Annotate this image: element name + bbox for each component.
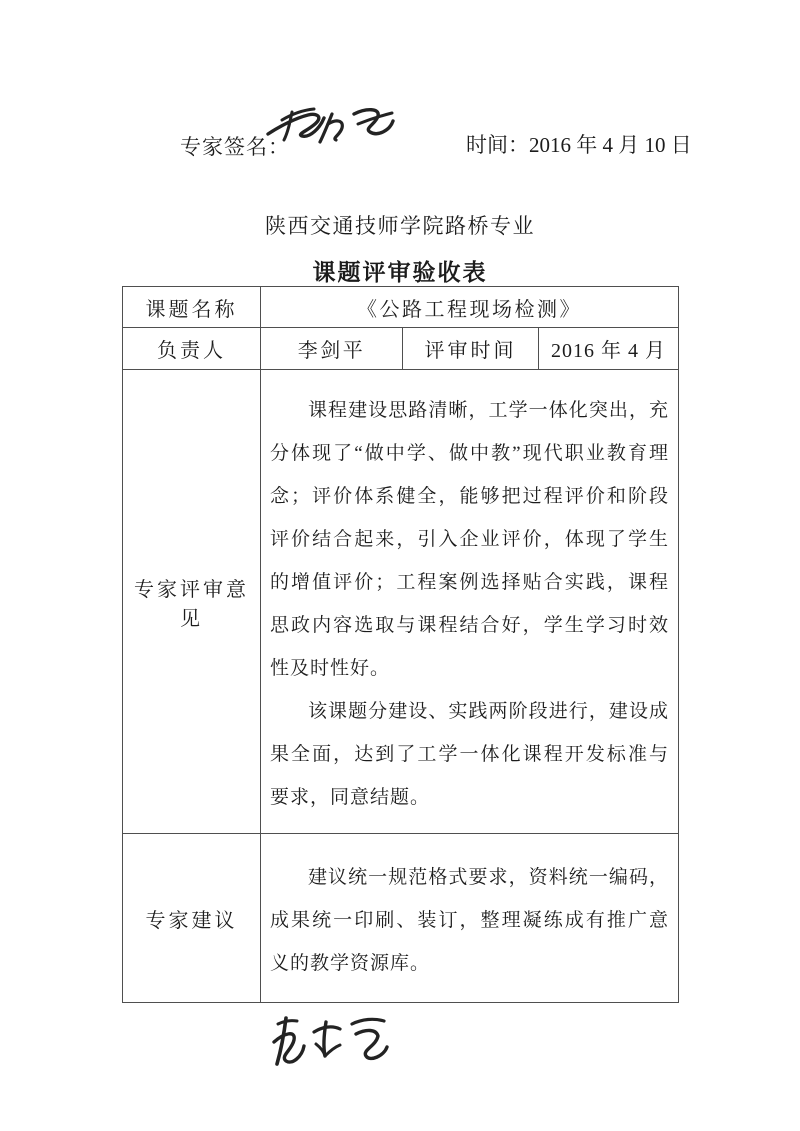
expert-opinion-content: 课程建设思路清晰，工学一体化突出，充分体现了“做中学、做中教”现代职业教育理念；… [261,370,679,834]
review-time-label: 评审时间 [403,328,539,370]
handwritten-signature-top-icon [262,100,400,152]
expert-suggestion-label: 专家建议 [123,834,261,1003]
leader-name: 李剑平 [261,328,403,370]
leader-label: 负责人 [123,328,261,370]
project-name-label: 课题名称 [123,287,261,328]
suggestion-paragraph: 建议统一规范格式要求，资料统一编码，成果统一印刷、装订，整理凝练成有推广意义的教… [270,856,669,985]
document-page: 专家签名： 时间：2016 年 4 月 10 日 陕西交通技师学院路桥专业 课题… [0,0,800,1131]
table-row-suggestion: 专家建议 建议统一规范格式要求，资料统一编码，成果统一印刷、装订，整理凝练成有推… [123,834,679,1003]
opinion-paragraph: 该课题分建设、实践两阶段进行，建设成果全面，达到了工学一体化课程开发标准与要求，… [270,690,669,819]
form-title: 课题评审验收表 [0,254,800,287]
opinion-paragraph: 课程建设思路清晰，工学一体化突出，充分体现了“做中学、做中教”现代职业教育理念；… [270,389,669,690]
table-row-opinion: 专家评审意见 课程建设思路清晰，工学一体化突出，充分体现了“做中学、做中教”现代… [123,370,679,834]
review-time-value: 2016 年 4 月 [539,328,679,370]
project-name-value: 《公路工程现场检测》 [261,287,679,328]
review-table: 课题名称 《公路工程现场检测》 负责人 李剑平 评审时间 2016 年 4 月 … [122,286,679,1003]
time-text: 时间：2016 年 4 月 10 日 [466,129,692,159]
handwritten-signature-bottom-icon [264,1008,404,1074]
table-row-project: 课题名称 《公路工程现场检测》 [123,287,679,328]
table-row-leader: 负责人 李剑平 评审时间 2016 年 4 月 [123,328,679,370]
expert-suggestion-content: 建议统一规范格式要求，资料统一编码，成果统一印刷、装订，整理凝练成有推广意义的教… [261,834,679,1003]
institution-title: 陕西交通技师学院路桥专业 [0,210,800,240]
expert-opinion-label: 专家评审意见 [123,370,261,834]
